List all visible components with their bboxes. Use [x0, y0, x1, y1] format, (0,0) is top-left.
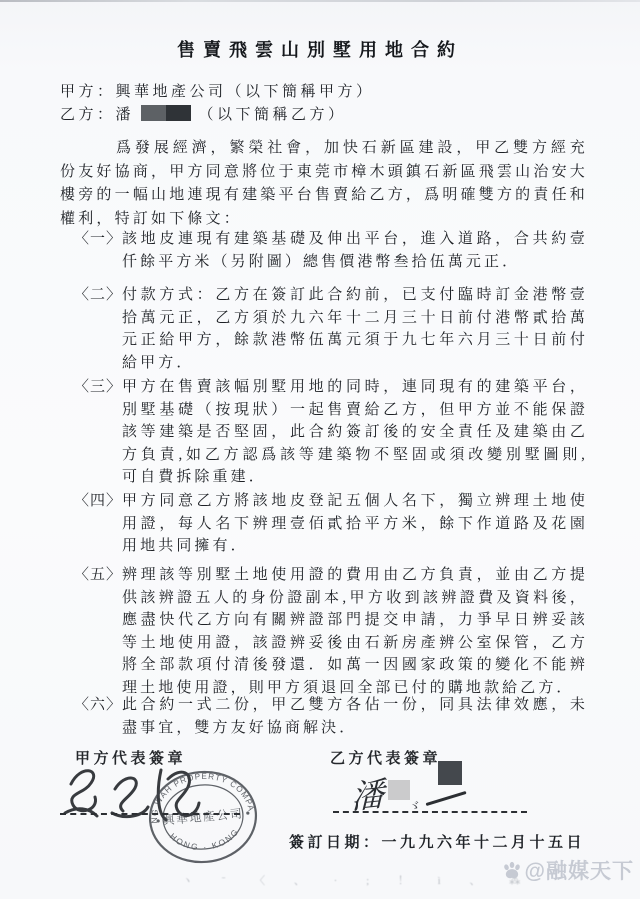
company-stamp: HING WAH PROPERTY COMPANY HONG · KONG 興華…: [142, 763, 264, 871]
redaction-box: [438, 761, 462, 785]
contract-page: 售賣飛雲山別墅用地合約 甲方：興華地產公司（以下簡稱甲方） 乙方：潘 （以下簡稱…: [0, 0, 640, 899]
signing-date: 簽訂日期：一九九六年十二月十五日: [289, 831, 585, 852]
stamp-arc-bottom-text: HONG · KONG: [167, 825, 243, 855]
stamp-center-text: 興華地產公司: [162, 805, 244, 827]
clause-text: 該地皮連現有建築基礎及伸出平台，進入道路，合共約壹仟餘平方米（另附圖）總售價港幣…: [122, 228, 588, 273]
watermark-text: @融媒天下: [525, 855, 634, 885]
clause-number: 〈一〉: [74, 228, 122, 273]
party-a-line: 甲方：興華地產公司（以下簡稱甲方）: [60, 80, 375, 101]
party-a-signature-line: [60, 813, 240, 815]
party-b-signature-line: [333, 811, 527, 813]
svg-text:HONG · KONG: HONG · KONG: [167, 825, 243, 855]
clause-text: 付款方式：乙方在簽訂此合約前，已支付臨時訂金港幣壹拾萬元正，乙方須於九六年十二月…: [122, 284, 588, 374]
document-title: 售賣飛雲山別墅用地合約: [0, 36, 640, 62]
clause-6: 〈六〉 此合約一式二份，甲乙雙方各佔一份，同具法律效應，未盡事宜，雙方友好協商解…: [74, 694, 588, 739]
clause-number: 〈三〉: [74, 376, 122, 489]
paw-icon: [501, 859, 523, 881]
clause-2: 〈二〉 付款方式：乙方在簽訂此合約前，已支付臨時訂金港幣壹拾萬元正，乙方須於九六…: [74, 284, 588, 374]
clause-text: 甲方同意乙方將該地皮登記五個人名下，獨立辨理土地使用證，每人名下辨理壹佰貳拾平方…: [122, 490, 588, 558]
party-b-sign-label: 乙方代表簽章: [330, 747, 441, 768]
clause-number: 〈四〉: [74, 490, 122, 558]
clause-4: 〈四〉 甲方同意乙方將該地皮登記五個人名下，獨立辨理土地使用證，每人名下辨理壹佰…: [74, 490, 588, 558]
scan-artifacts: ヽ ˉ 〈 、 · ; ！ ì 、 ⁂: [182, 872, 482, 888]
party-b-line: 乙方：潘 （以下簡稱乙方）: [60, 103, 347, 124]
watermark: @融媒天下: [501, 855, 634, 885]
clause-5: 〈五〉 辨理該等別墅土地使用證的費用由乙方負責，並由乙方提供該辨證五人的身份證副…: [74, 564, 588, 699]
party-b-signature-stroke: [426, 791, 467, 806]
clause-number: 〈六〉: [74, 694, 122, 739]
clause-text: 此合約一式二份，甲乙雙方各佔一份，同具法律效應，未盡事宜，雙方友好協商解決．: [122, 694, 588, 739]
party-b-prefix: 乙方：潘: [60, 107, 134, 123]
clause-number: 〈五〉: [74, 564, 122, 699]
clause-text: 辨理該等別墅土地使用證的費用由乙方負責，並由乙方提供該辨證五人的身份證副本,甲方…: [122, 564, 588, 699]
clause-text: 甲方在售賣該幅別墅用地的同時，連同現有的建築平台，別墅基礎（按現狀）一起售賣給乙…: [122, 376, 588, 489]
clause-1: 〈一〉 該地皮連現有建築基礎及伸出平台，進入道路，合共約壹仟餘平方米（另附圖）總…: [74, 228, 588, 273]
clause-number: 〈二〉: [74, 284, 122, 374]
party-b-suffix: （以下簡稱乙方）: [199, 107, 347, 123]
scan-top-edge: [0, 0, 640, 2]
clause-3: 〈三〉 甲方在售賣該幅別墅用地的同時，連同現有的建築平台，別墅基礎（按現狀）一起…: [74, 376, 588, 489]
intro-paragraph: 爲發展經濟，繁榮社會，加快石新區建設，甲乙雙方經充份友好協商，甲方同意將位于東莞…: [60, 137, 588, 231]
redaction-box: [166, 105, 191, 121]
redaction-box: [141, 105, 166, 121]
